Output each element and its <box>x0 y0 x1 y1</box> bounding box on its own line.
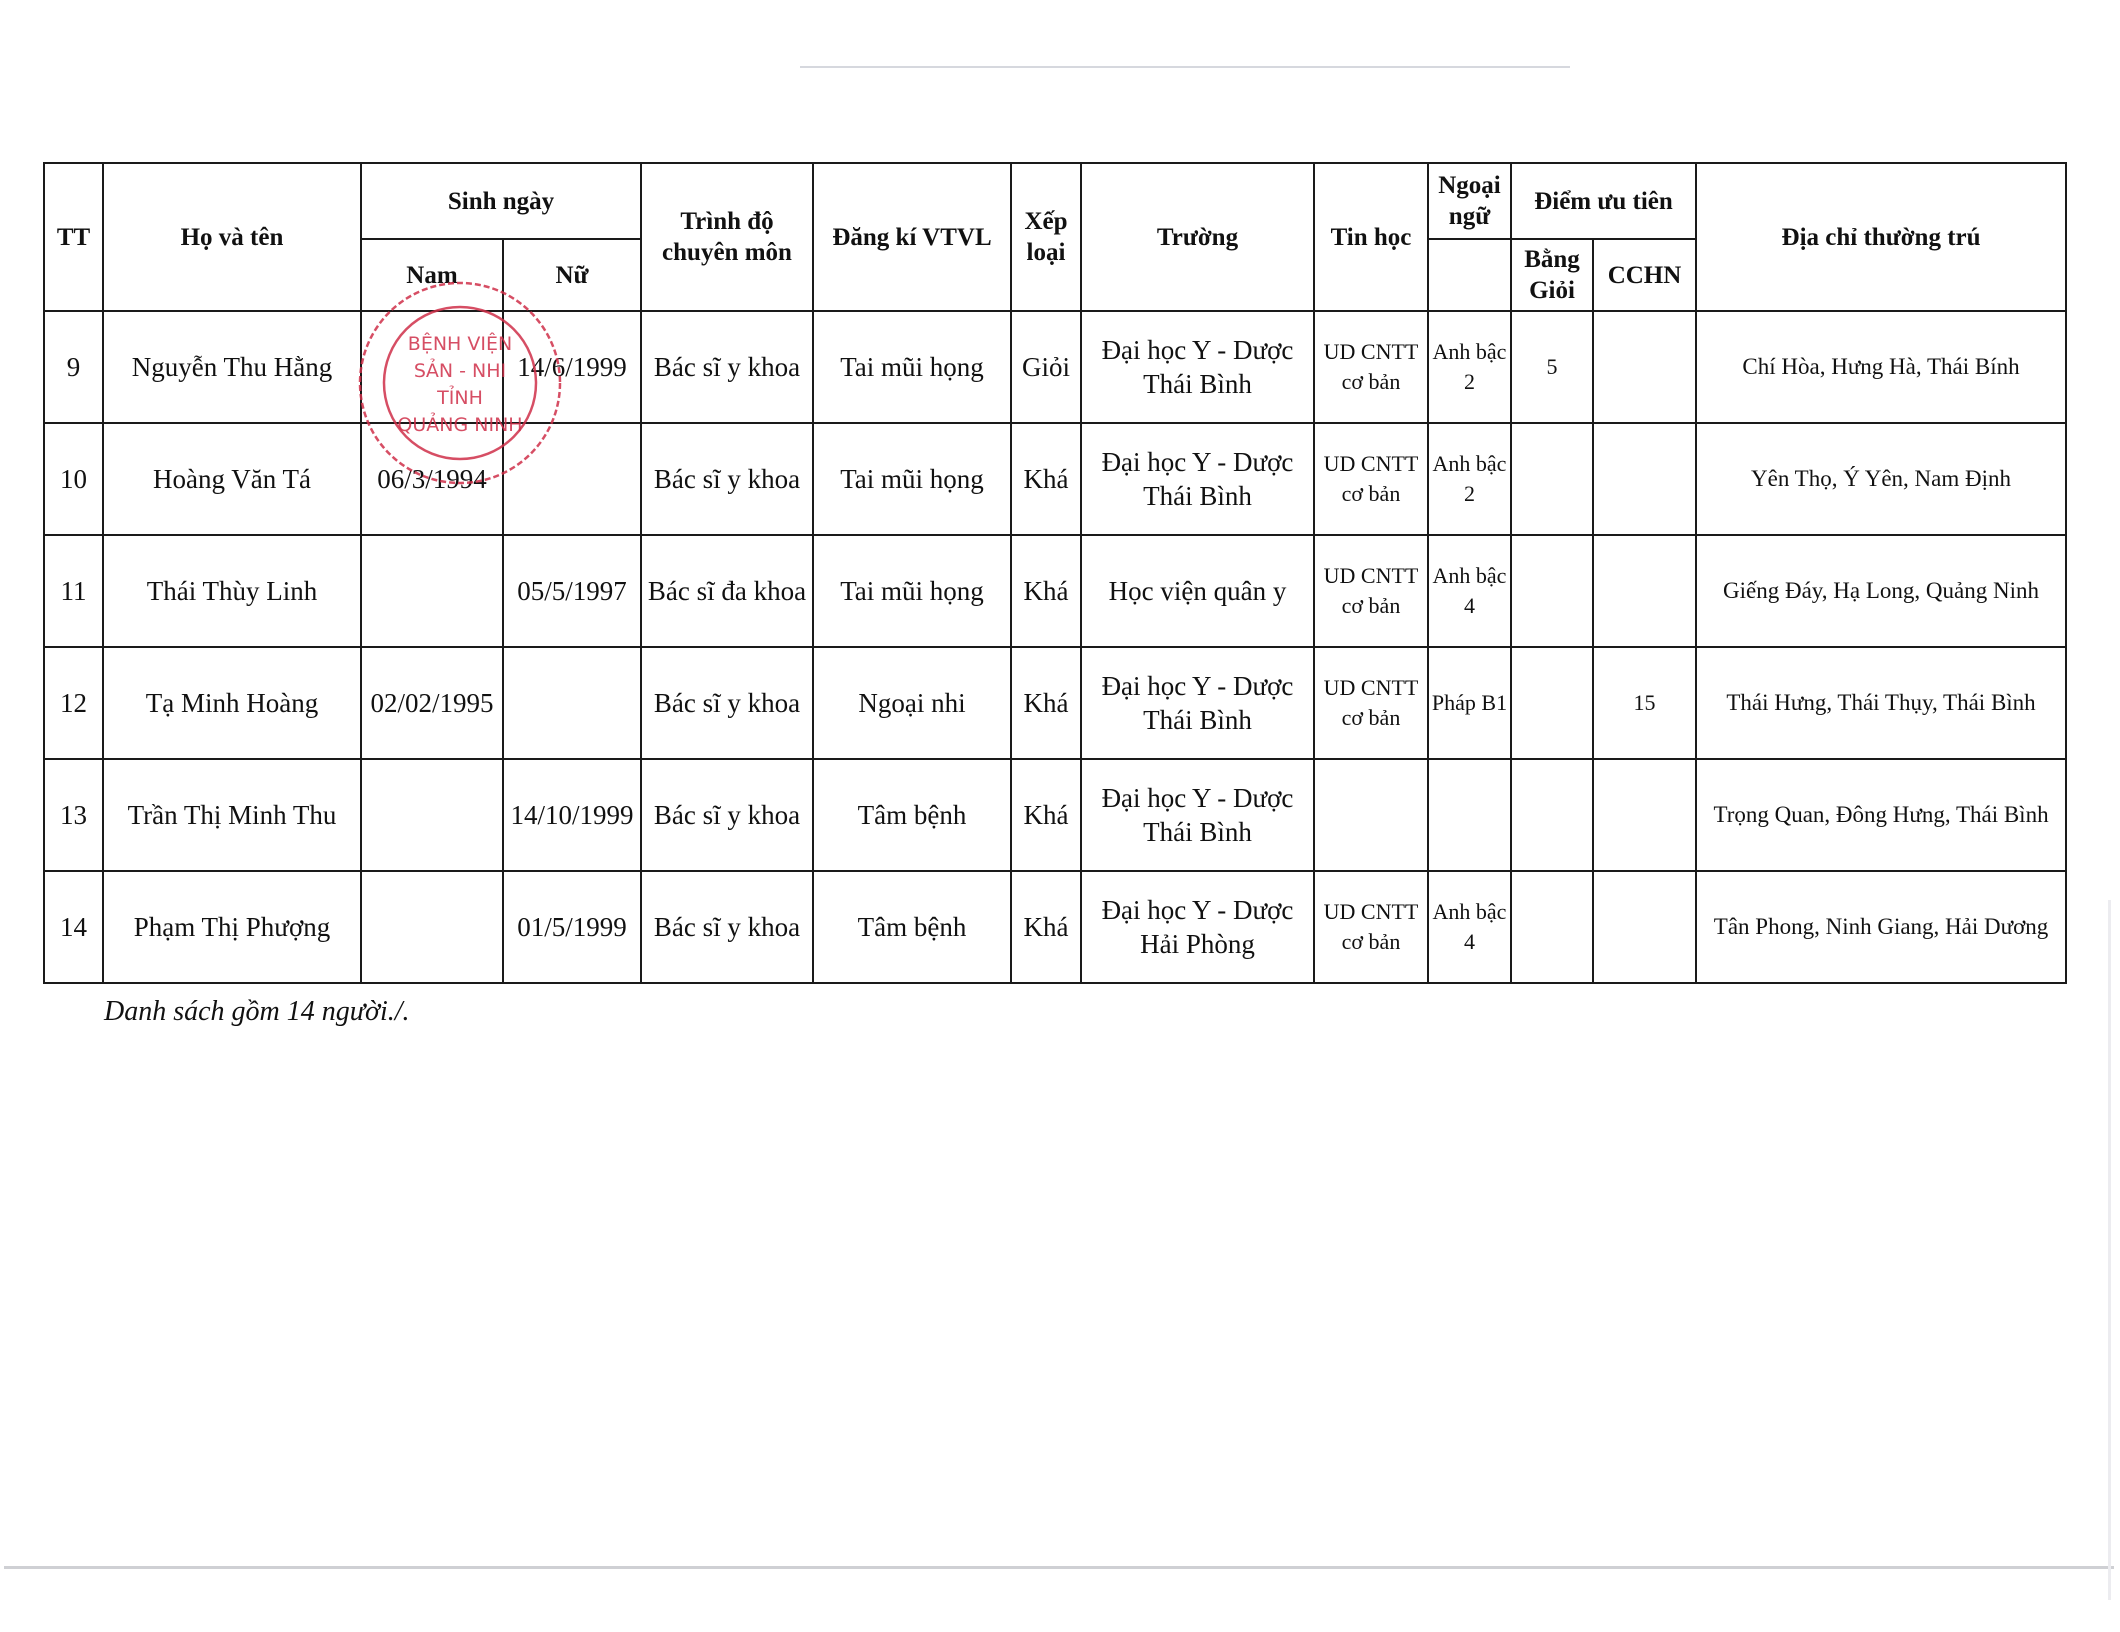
cell-trinh-do: Bác sĩ y khoa <box>641 423 813 535</box>
cell-xep-loai: Khá <box>1011 535 1081 647</box>
cell-name: Tạ Minh Hoàng <box>103 647 361 759</box>
cell-dob-female <box>503 647 641 759</box>
cell-bang-gioi <box>1511 647 1593 759</box>
cell-trinh-do: Bác sĩ y khoa <box>641 311 813 423</box>
footer-note: Danh sách gồm 14 người./. <box>104 996 410 1028</box>
cell-tin-hoc: UD CNTT cơ bản <box>1314 311 1428 423</box>
cell-dia-chi: Trọng Quan, Đông Hưng, Thái Bình <box>1696 759 2066 871</box>
cell-bang-gioi <box>1511 423 1593 535</box>
cell-cchn <box>1593 535 1696 647</box>
table-row: 11Thái Thùy Linh05/5/1997Bác sĩ đa khoaT… <box>44 535 2066 647</box>
candidate-table: TT Họ và tên Sinh ngày Trình độ chuyên m… <box>43 162 2067 984</box>
cell-trinh-do: Bác sĩ y khoa <box>641 647 813 759</box>
header-ngoai-ngu-sub <box>1428 239 1511 311</box>
cell-trinh-do: Bác sĩ đa khoa <box>641 535 813 647</box>
cell-dia-chi: Yên Thọ, Ý Yên, Nam Định <box>1696 423 2066 535</box>
cell-name: Phạm Thị Phượng <box>103 871 361 983</box>
header-dang-ki: Đăng kí VTVL <box>813 163 1011 311</box>
cell-tt: 9 <box>44 311 103 423</box>
cell-dob-male <box>361 759 503 871</box>
cell-tin-hoc: UD CNTT cơ bản <box>1314 871 1428 983</box>
cell-xep-loai: Khá <box>1011 871 1081 983</box>
cell-xep-loai: Khá <box>1011 647 1081 759</box>
cell-dob-male <box>361 535 503 647</box>
cell-bang-gioi <box>1511 759 1593 871</box>
cell-tin-hoc <box>1314 759 1428 871</box>
cell-tt: 13 <box>44 759 103 871</box>
table-row: 9Nguyễn Thu Hằng14/6/1999Bác sĩ y khoaTa… <box>44 311 2066 423</box>
cell-cchn: 15 <box>1593 647 1696 759</box>
cell-truong: Học viện quân y <box>1081 535 1314 647</box>
cell-trinh-do: Bác sĩ y khoa <box>641 759 813 871</box>
cell-truong: Đại học Y - Dược Thái Bình <box>1081 647 1314 759</box>
cell-tin-hoc: UD CNTT cơ bản <box>1314 535 1428 647</box>
cell-cchn <box>1593 871 1696 983</box>
cell-dia-chi: Thái Hưng, Thái Thụy, Thái Bình <box>1696 647 2066 759</box>
cell-bang-gioi: 5 <box>1511 311 1593 423</box>
cell-dob-male: 02/02/1995 <box>361 647 503 759</box>
header-sinh-ngay: Sinh ngày <box>361 163 641 239</box>
cell-xep-loai: Khá <box>1011 423 1081 535</box>
cell-cchn <box>1593 311 1696 423</box>
cell-dia-chi: Chí Hòa, Hưng Hà, Thái Bính <box>1696 311 2066 423</box>
cell-tt: 10 <box>44 423 103 535</box>
table-row: 14Phạm Thị Phượng01/5/1999Bác sĩ y khoaT… <box>44 871 2066 983</box>
header-dia-chi: Địa chỉ thường trú <box>1696 163 2066 311</box>
cell-truong: Đại học Y - Dược Thái Bình <box>1081 759 1314 871</box>
cell-ngoai-ngu: Anh bậc 4 <box>1428 535 1511 647</box>
cell-name: Nguyễn Thu Hằng <box>103 311 361 423</box>
header-truong: Trường <box>1081 163 1314 311</box>
cell-ngoai-ngu: Anh bậc 2 <box>1428 423 1511 535</box>
cell-vtvl: Tâm bệnh <box>813 759 1011 871</box>
cell-trinh-do: Bác sĩ y khoa <box>641 871 813 983</box>
cell-xep-loai: Giỏi <box>1011 311 1081 423</box>
cell-ngoai-ngu: Anh bậc 4 <box>1428 871 1511 983</box>
cell-dob-male <box>361 311 503 423</box>
cell-dob-female: 14/6/1999 <box>503 311 641 423</box>
cell-name: Trần Thị Minh Thu <box>103 759 361 871</box>
header-tt: TT <box>44 163 103 311</box>
cell-bang-gioi <box>1511 535 1593 647</box>
header-bang-gioi: Bằng Giỏi <box>1511 239 1593 311</box>
cell-vtvl: Tai mũi họng <box>813 535 1011 647</box>
cell-tt: 14 <box>44 871 103 983</box>
scan-artifact-bottom <box>4 1566 2114 1569</box>
table-row: 12Tạ Minh Hoàng02/02/1995Bác sĩ y khoaNg… <box>44 647 2066 759</box>
cell-tin-hoc: UD CNTT cơ bản <box>1314 423 1428 535</box>
scan-artifact-right <box>2108 900 2111 1600</box>
cell-vtvl: Tâm bệnh <box>813 871 1011 983</box>
header-cchn: CCHN <box>1593 239 1696 311</box>
cell-xep-loai: Khá <box>1011 759 1081 871</box>
cell-truong: Đại học Y - Dược Thái Bình <box>1081 423 1314 535</box>
header-ho-ten: Họ và tên <box>103 163 361 311</box>
cell-dob-female: 05/5/1997 <box>503 535 641 647</box>
cell-dob-male <box>361 871 503 983</box>
header-diem-uu-tien: Điểm ưu tiên <box>1511 163 1696 239</box>
cell-cchn <box>1593 759 1696 871</box>
cell-tt: 12 <box>44 647 103 759</box>
table-row: 10Hoàng Văn Tá06/3/1994Bác sĩ y khoaTai … <box>44 423 2066 535</box>
table-header: TT Họ và tên Sinh ngày Trình độ chuyên m… <box>44 163 2066 311</box>
cell-ngoai-ngu: Anh bậc 2 <box>1428 311 1511 423</box>
cell-vtvl: Tai mũi họng <box>813 311 1011 423</box>
cell-dia-chi: Tân Phong, Ninh Giang, Hải Dương <box>1696 871 2066 983</box>
scan-artifact-top <box>800 66 1570 68</box>
table-body: 9Nguyễn Thu Hằng14/6/1999Bác sĩ y khoaTa… <box>44 311 2066 983</box>
cell-truong: Đại học Y - Dược Hải Phòng <box>1081 871 1314 983</box>
cell-ngoai-ngu <box>1428 759 1511 871</box>
cell-dob-female <box>503 423 641 535</box>
header-ngoai-ngu: Ngoại ngữ <box>1428 163 1511 239</box>
cell-tin-hoc: UD CNTT cơ bản <box>1314 647 1428 759</box>
cell-name: Thái Thùy Linh <box>103 535 361 647</box>
cell-ngoai-ngu: Pháp B1 <box>1428 647 1511 759</box>
cell-vtvl: Ngoại nhi <box>813 647 1011 759</box>
cell-dia-chi: Giếng Đáy, Hạ Long, Quảng Ninh <box>1696 535 2066 647</box>
cell-cchn <box>1593 423 1696 535</box>
cell-dob-female: 01/5/1999 <box>503 871 641 983</box>
header-trinh-do: Trình độ chuyên môn <box>641 163 813 311</box>
cell-tt: 11 <box>44 535 103 647</box>
header-nam: Nam <box>361 239 503 311</box>
cell-dob-male: 06/3/1994 <box>361 423 503 535</box>
cell-name: Hoàng Văn Tá <box>103 423 361 535</box>
header-xep-loai: Xếp loại <box>1011 163 1081 311</box>
header-tin-hoc: Tin học <box>1314 163 1428 311</box>
cell-truong: Đại học Y - Dược Thái Bình <box>1081 311 1314 423</box>
cell-vtvl: Tai mũi họng <box>813 423 1011 535</box>
cell-dob-female: 14/10/1999 <box>503 759 641 871</box>
cell-bang-gioi <box>1511 871 1593 983</box>
table-row: 13Trần Thị Minh Thu14/10/1999Bác sĩ y kh… <box>44 759 2066 871</box>
header-nu: Nữ <box>503 239 641 311</box>
